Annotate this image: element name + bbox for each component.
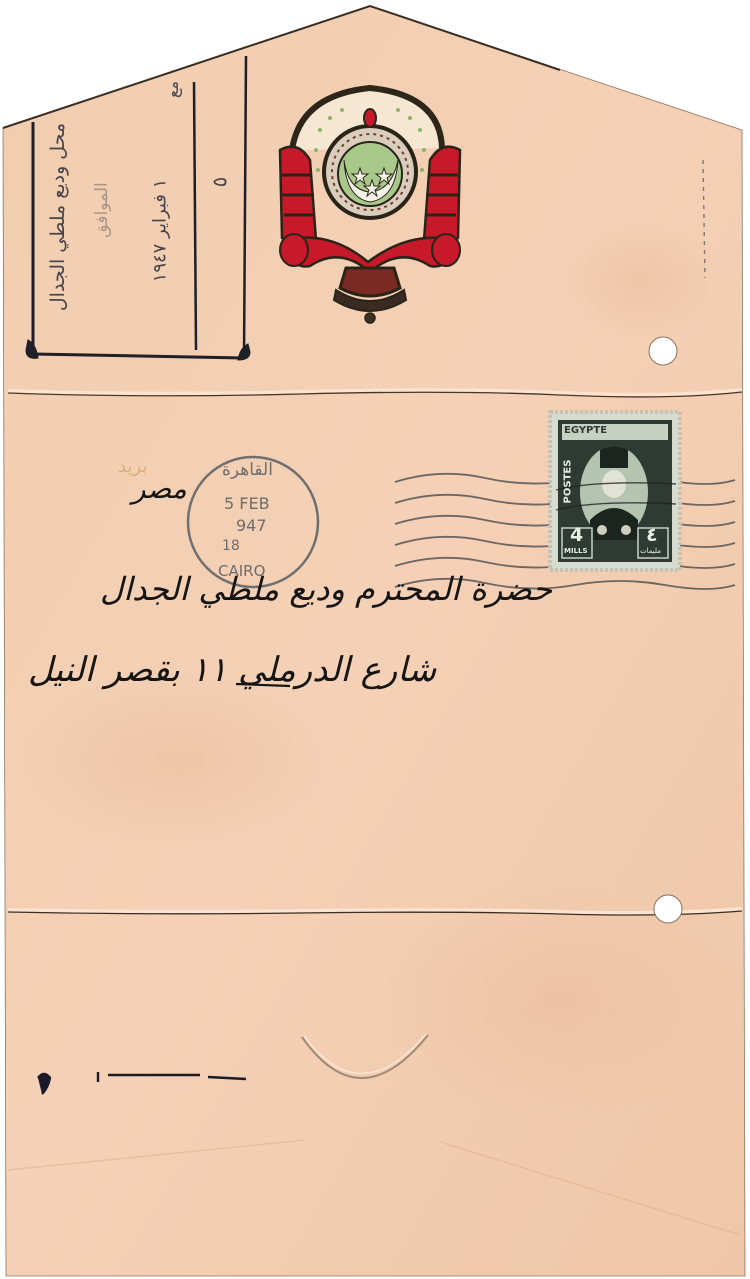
postmark-date: 5 FEB <box>224 494 270 513</box>
postmark-hour: 18 <box>222 538 240 554</box>
sender-stamp-line-1: محل وديع ملطي الجدال <box>47 123 69 311</box>
stamp-unit: MILLS <box>564 547 588 555</box>
stamp-value: 4 <box>570 524 583 546</box>
punch-hole <box>649 337 677 365</box>
sender-stamp-faint-line: الموافق <box>92 182 112 238</box>
paper-stain <box>560 220 720 340</box>
stamp-side-label: POSTES <box>562 460 573 504</box>
envelope-scan <box>0 0 750 1279</box>
punch-hole <box>654 895 682 923</box>
stamp-country: EGYPTE <box>564 425 607 436</box>
sender-stamp-line-2: ١ فبراير ١٩٤٧ <box>149 179 170 283</box>
stamp-unit-arabic: مليمات <box>640 547 661 555</box>
stamp-value-arabic: ٤ <box>646 524 658 546</box>
address-line-2: شارع الدرملي ١١ بقصر النيل <box>28 650 436 690</box>
address-line-1: حضرة المحترم وديع ملطي الجدال <box>100 570 552 608</box>
postmark-year: 947 <box>236 516 267 535</box>
postmark-city-arabic: القاهرة <box>222 460 273 480</box>
sender-stamp-side-mark: ٥ <box>207 177 231 188</box>
paper-stain <box>20 670 340 850</box>
paper-stain <box>380 880 740 1120</box>
sender-stamp-corner-marks: مع <box>163 81 182 98</box>
address-prefix: مصر <box>132 472 187 505</box>
